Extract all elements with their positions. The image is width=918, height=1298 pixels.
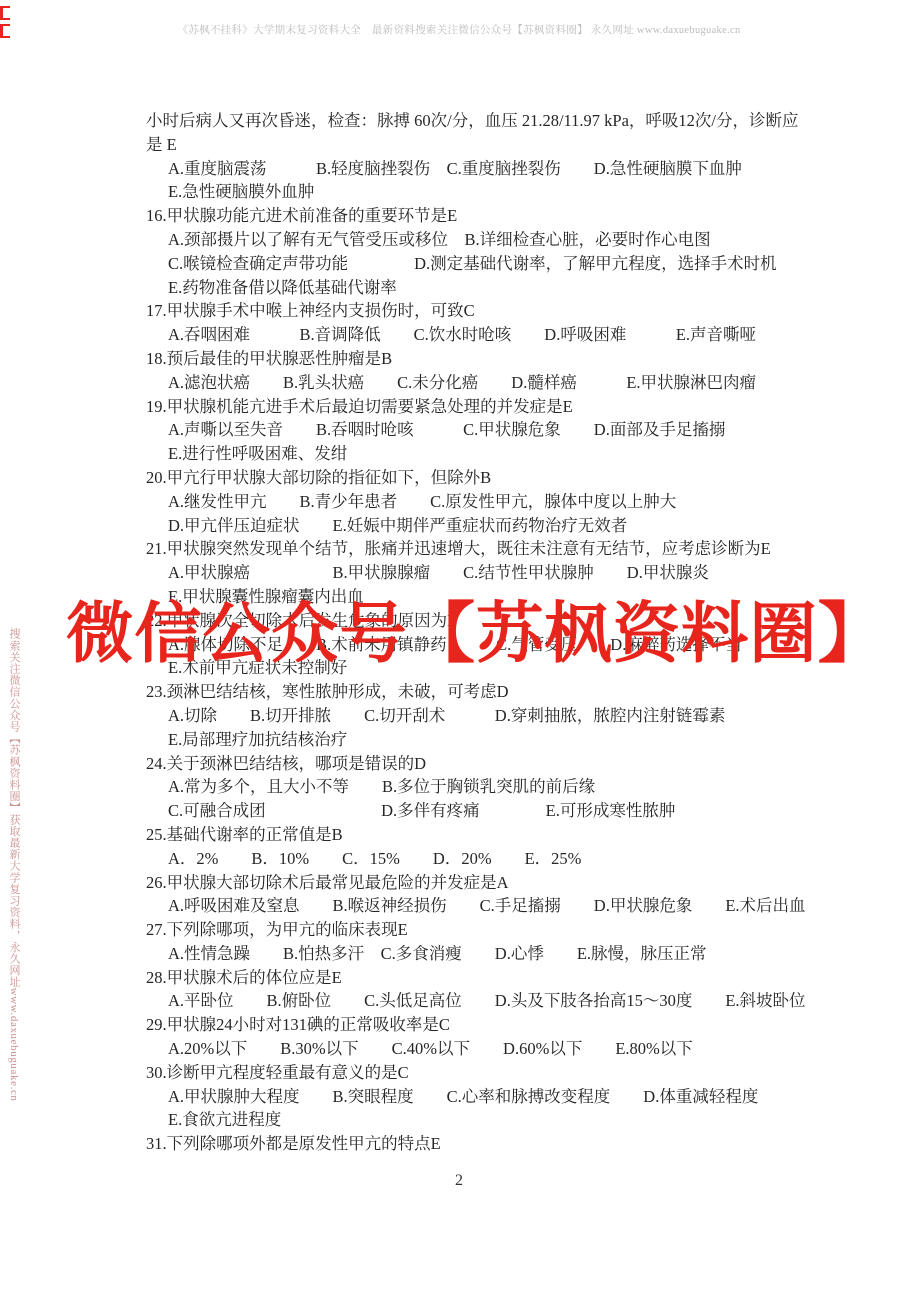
document-line: A.常为多个，且大小不等 B.多位于胸锁乳突肌的前后缘 [146,775,816,799]
red-watermark-text: 微信公众号【苏枫资料圈】 [66,596,918,674]
document-line: A.呼吸困难及窒息 B.喉返神经损伤 C.手足搐搦 D.甲状腺危象 E.术后出血 [146,894,816,918]
document-line: A.甲状腺肿大程度 B.突眼程度 C.心率和脉搏改变程度 D.体重减轻程度 [146,1085,816,1109]
document-line: A.性情急躁 B.怕热多汗 C.多食消瘦 D.心悸 E.脉慢，脉压正常 [146,942,816,966]
side-vertical-promo: 搜索关注微信公众号【苏枫资料圈】获取最新大学复习资料，永久网址www.daxue… [6,628,22,1148]
document-line: D.甲亢伴压迫症状 E.妊娠中期伴严重症状而药物治疗无效者 [146,514,816,538]
document-line: A．2% B．10% C．15% D．20% E．25% [146,847,816,871]
document-line: 25.基础代谢率的正常值是B [146,823,816,847]
document-line: 17.甲状腺手术中喉上神经内支损伤时，可致C [146,299,816,323]
document-line: E.药物准备借以降低基础代谢率 [146,276,816,300]
document-line: 16.甲状腺功能亢进术前准备的重要环节是E [146,204,816,228]
document-line: 28.甲状腺术后的体位应是E [146,966,816,990]
page-number: 2 [0,1172,918,1190]
document-line: A.20%以下 B.30%以下 C.40%以下 D.60%以下 E.80%以下 [146,1037,816,1061]
page-header-promo: 《苏枫不挂科》大学期末复习资料大全 最新资料搜索关注微信公众号【苏枫资料圈】 永… [0,22,918,37]
document-page: 《苏枫不挂科》大学期末复习资料大全 最新资料搜索关注微信公众号【苏枫资料圈】 永… [0,0,918,1298]
document-line: A.切除 B.切开排脓 C.切开刮术 D.穿刺抽脓，脓腔内注射链霉素 [146,704,816,728]
document-line: 29.甲状腺24小时对131碘的正常吸收率是C [146,1013,816,1037]
document-line: 19.甲状腺机能亢进手术后最迫切需要紧急处理的并发症是E [146,395,816,419]
document-line: E.局部理疗加抗结核治疗 [146,728,816,752]
document-line: 是 E [146,133,816,157]
document-line: E.急性硬脑膜外血肿 [146,180,816,204]
document-line: 20.甲亢行甲状腺大部切除的指征如下，但除外B [146,466,816,490]
document-line: E.进行性呼吸困难、发绀 [146,442,816,466]
document-line: A.滤泡状癌 B.乳头状癌 C.未分化癌 D.髓样癌 E.甲状腺淋巴肉瘤 [146,371,816,395]
document-line: 21.甲状腺突然发现单个结节，胀痛并迅速增大，既往未注意有无结节，应考虑诊断为E [146,537,816,561]
document-line: A.重度脑震荡 B.轻度脑挫裂伤 C.重度脑挫裂伤 D.急性硬脑膜下血肿 [146,157,816,181]
document-line: A.声嘶以至失音 B.吞咽时呛咳 C.甲状腺危象 D.面部及手足搐搦 [146,418,816,442]
document-line: C.喉镜检查确定声带功能 D.测定基础代谢率，了解甲亢程度，选择手术时机 [146,252,816,276]
document-line: 小时后病人又再次昏迷，检查：脉搏 60次/分，血压 21.28/11.97 kP… [146,109,816,133]
document-line: 27.下列除哪项，为甲亢的临床表现E [146,918,816,942]
document-line: A.平卧位 B.俯卧位 C.头低足高位 D.头及下肢各抬高15～30度 E.斜坡… [146,989,816,1013]
document-line: 31.下列除哪项外都是原发性甲亢的特点E [146,1132,816,1156]
document-line: 23.颈淋巴结结核，寒性脓肿形成，未破，可考虑D [146,680,816,704]
document-line: E.食欲亢进程度 [146,1108,816,1132]
document-line: 30.诊断甲亢程度轻重最有意义的是C [146,1061,816,1085]
document-line: A.颈部摄片以了解有无气管受压或移位 B.详细检查心脏，必要时作心电图 [146,228,816,252]
document-line: A.继发性甲亢 B.青少年患者 C.原发性甲亢，腺体中度以上肿大 [146,490,816,514]
document-line: 18.预后最佳的甲状腺恶性肿瘤是B [146,347,816,371]
document-line: 24.关于颈淋巴结结核，哪项是错误的D [146,752,816,776]
corner-watermark-fragment-top [0,6,10,20]
document-line: C.可融合成团 D.多伴有疼痛 E.可形成寒性脓肿 [146,799,816,823]
document-line: A.甲状腺癌 B.甲状腺腺瘤 C.结节性甲状腺肿 D.甲状腺炎 [146,561,816,585]
document-line: 26.甲状腺大部切除术后最常见最危险的并发症是A [146,871,816,895]
document-line: A.吞咽困难 B.音调降低 C.饮水时呛咳 D.呼吸困难 E.声音嘶哑 [146,323,816,347]
